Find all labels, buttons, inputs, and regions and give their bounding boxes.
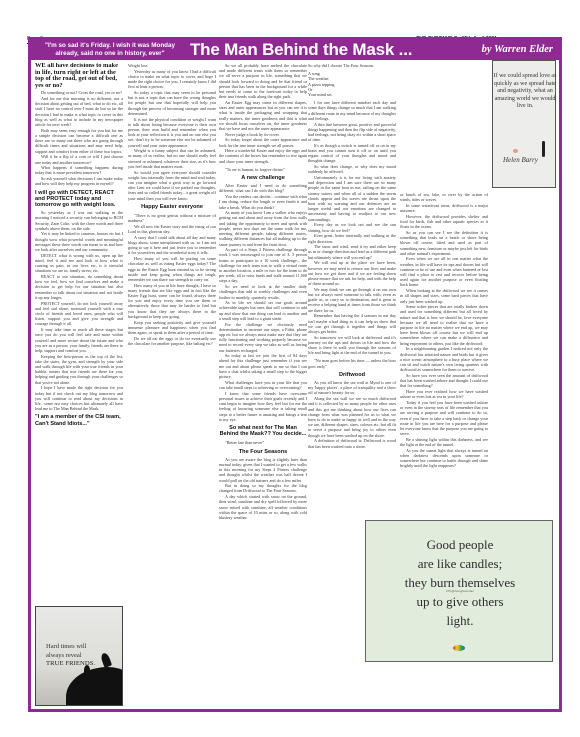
banner-quote: "I'm so sad it's Friday. I wish it was M… — [34, 42, 186, 57]
paragraph: So have you ever seen the amount of drif… — [400, 373, 488, 389]
paragraph: We all now the Easter story and the risi… — [128, 224, 216, 234]
paragraph: A story that I could talk about all day … — [128, 235, 216, 256]
paragraph: Do we all eat the eggs or do we eventual… — [128, 336, 216, 346]
paragraph: DETECT what is wrong with us, open up th… — [35, 253, 123, 274]
list: A song The weather A pizza topping Or Yo… — [308, 71, 396, 97]
subheading: "I am a member of the CSI team, Can't St… — [35, 414, 123, 426]
paragraph: I know that some friends have overcome p… — [219, 391, 307, 422]
paragraph: As many of you know I am a walker who en… — [219, 210, 307, 246]
paragraph: The snow and wind, send it try and eithe… — [308, 244, 396, 260]
paragraph: But in doing so my thoughts for the blog… — [219, 483, 307, 493]
paragraph: Along the sea wall we see so much driftw… — [308, 396, 396, 438]
paragraph: What challenges have you in your life th… — [219, 380, 307, 390]
subheading: A new challenge — [219, 175, 307, 181]
paragraph: Never judge a book by its-cover. — [219, 132, 307, 137]
pull-quote: "No man goes before his time — unless th… — [308, 358, 396, 368]
paragraph: Do something or not? Cross the road, yes… — [35, 90, 123, 95]
paragraph: So why did I choose The Four Seasons. — [308, 63, 396, 68]
image-credit: FTk@thoughtwonder — [366, 589, 554, 593]
lead-paragraph: WE all have decisions to make in life, t… — [35, 63, 123, 89]
paragraph: Keeping the best-person as the top of th… — [35, 354, 123, 385]
paragraph: Unfortunately it is for me living with a… — [308, 175, 396, 222]
paragraph: After Easter and I need to do something … — [219, 183, 307, 193]
paragraph: So today at last we join the first of 84… — [219, 353, 307, 379]
paragraph: Yesterday as many of you know I had a di… — [128, 69, 216, 90]
candles-quote-image: Good people are like candles; they burn … — [365, 520, 553, 662]
paragraph: So today a topic that may seem to be per… — [128, 90, 216, 116]
article-frame: "I'm so sad it's Friday. I wish it was M… — [28, 37, 562, 712]
paragraph: Every day as we look out and see the sun… — [308, 222, 396, 232]
pull-quote: "Better late than never" — [219, 440, 307, 445]
paragraph: Will it be a flip of a coin or will I ju… — [35, 154, 123, 164]
paragraph: As you the sunset light that always is t… — [400, 448, 488, 469]
heart-icon — [513, 149, 518, 153]
paragraph: Some softer pieces that are totally brok… — [400, 304, 488, 346]
paragraph: What happens if something happens during… — [35, 165, 123, 175]
paragraph: How many of you will be putting on some … — [128, 256, 216, 282]
image-quote: Good people are like candles; they burn … — [366, 535, 554, 630]
subheading: Driftwood — [308, 372, 396, 378]
paragraph: It may take time to reach all these stag… — [35, 327, 123, 353]
paragraph: Weight is a funny subject that can be as… — [128, 148, 216, 169]
article-title: The Man Behind the Mask ... — [190, 40, 412, 60]
column-1: WE all have decisions to make in life, t… — [35, 63, 123, 429]
paragraph: Weight loss — [128, 63, 216, 68]
paragraph: It is not the physical condition or weig… — [128, 117, 216, 148]
paragraph: So yesterday as I was out walking in the… — [35, 210, 123, 231]
column-5: or beach of sea, lake, or river by the a… — [400, 192, 488, 469]
subheading: The Four Seasons — [219, 449, 307, 455]
column-4: So why did I choose The Four Seasons. A … — [308, 63, 396, 449]
paragraph: I hope I have made the right decision fo… — [35, 385, 123, 411]
paragraph: And for me this morning is no different,… — [35, 96, 123, 127]
climber-silhouette — [100, 652, 112, 668]
paragraph: A definition of driftwood is: Driftwood … — [308, 438, 396, 448]
paragraph: As you all know the sea wall at Mynd is … — [308, 380, 396, 396]
paragraph: For the challenge we obviously need dete… — [219, 322, 307, 353]
article-byline: by Warren Elder — [482, 44, 553, 55]
paragraph: As you are aware the blog is slightly la… — [219, 457, 307, 483]
cliff-silhouette — [66, 667, 123, 706]
subheading: I will go with DETECT, REACT and PROTECT… — [35, 190, 123, 209]
pull-quote: "To err is human, to forgive divine" — [219, 167, 307, 172]
paragraph: In a neighbouring garden I noticed not o… — [400, 346, 488, 372]
logo-icon — [453, 645, 465, 651]
paragraph: So we all probably have melted the choco… — [219, 63, 307, 99]
paragraph: I for one have different mindset each da… — [308, 100, 396, 121]
paragraph: Both may seem easy enough for you but fo… — [35, 128, 123, 154]
true-friends-image: Hard times will always reveal TRUE FRIEN… — [35, 606, 123, 706]
paragraph: We will end up at the place we have been… — [308, 260, 396, 286]
paragraph: Yes it may be linked to cameras, houses … — [35, 231, 123, 252]
person-silhouette — [542, 141, 545, 157]
paragraph: or beach of sea, lake, or river by the a… — [400, 192, 488, 202]
paragraph: Be a shining light within this darkness,… — [400, 437, 488, 447]
paragraph: Today if you feel you have been washed a… — [400, 400, 488, 436]
image-signature: Helen Barry — [503, 156, 538, 164]
image-quote: If we could spread love as quickly as we… — [493, 73, 557, 111]
paragraph: PROTECT yourself, do not lock yourself a… — [35, 301, 123, 327]
paragraph: So we need to look at the smaller daily … — [219, 284, 307, 300]
paragraph: So ask yourself what decisions I can mak… — [35, 176, 123, 186]
paragraph: So what does change, or why does my mood… — [308, 164, 396, 174]
paragraph: So tomorrow we will look at driftwood an… — [308, 335, 396, 356]
column-2: Weight loss Yesterday as many of you kno… — [128, 63, 216, 347]
spread-love-image: If we could spread love as quickly as we… — [492, 60, 556, 188]
subheading: So what next for The Man Behind the Mask… — [219, 425, 307, 437]
paragraph: So would you agree everyone should consi… — [128, 170, 216, 201]
list-item: Your mind set. — [308, 92, 396, 97]
paragraph: However, the driftwood provides shelter … — [400, 214, 488, 230]
paragraph: So today forget about the outer appearan… — [219, 137, 307, 147]
paragraph: Even when we are all in one matter what … — [400, 256, 488, 287]
paragraph: In some waterfront areas, driftwood is a… — [400, 203, 488, 213]
paragraph: REACT to our situation, do something abo… — [35, 274, 123, 300]
column-3: So we all probably have melted the choco… — [219, 63, 307, 521]
paragraph: We may think we can go through it on our… — [308, 287, 396, 313]
paragraph: Even great, better internally and walkin… — [308, 233, 396, 243]
climber-silhouette — [84, 665, 90, 675]
paragraph: When looking at the driftwood we see it … — [400, 288, 488, 304]
paragraph: Keep you seeking positivity and give you… — [128, 320, 216, 336]
paragraph: You the readers can decide... continue w… — [219, 194, 307, 210]
paragraph: As part of a Steps 2 Fitness challenge t… — [219, 247, 307, 283]
subheading: Happy Easter everyone — [128, 204, 216, 210]
paragraph: A thin line between great, positive and … — [308, 122, 396, 143]
paragraph: Remember that having the 4 seasons in ou… — [308, 313, 396, 334]
paragraph: An Easter Egg may come in different shap… — [219, 100, 307, 131]
paragraph: As in life we should set our goals aroun… — [219, 300, 307, 321]
paragraph: How many of you in life have thought, I … — [128, 283, 216, 319]
paragraph: Have you ever realised how we have washe… — [400, 389, 488, 399]
paragraph: It's as though a switch is turned off or… — [308, 143, 396, 164]
paragraph: So as you can see I see the definition i… — [400, 230, 488, 256]
pull-quote: "There is no great genius without a mixt… — [128, 213, 216, 223]
paragraph: A day which started with snow on the gro… — [219, 494, 307, 520]
paragraph: Have a wonderful Easter and enjoy the eg… — [219, 148, 307, 164]
article-banner: "I'm so sad it's Friday. I wish it was M… — [31, 40, 559, 60]
